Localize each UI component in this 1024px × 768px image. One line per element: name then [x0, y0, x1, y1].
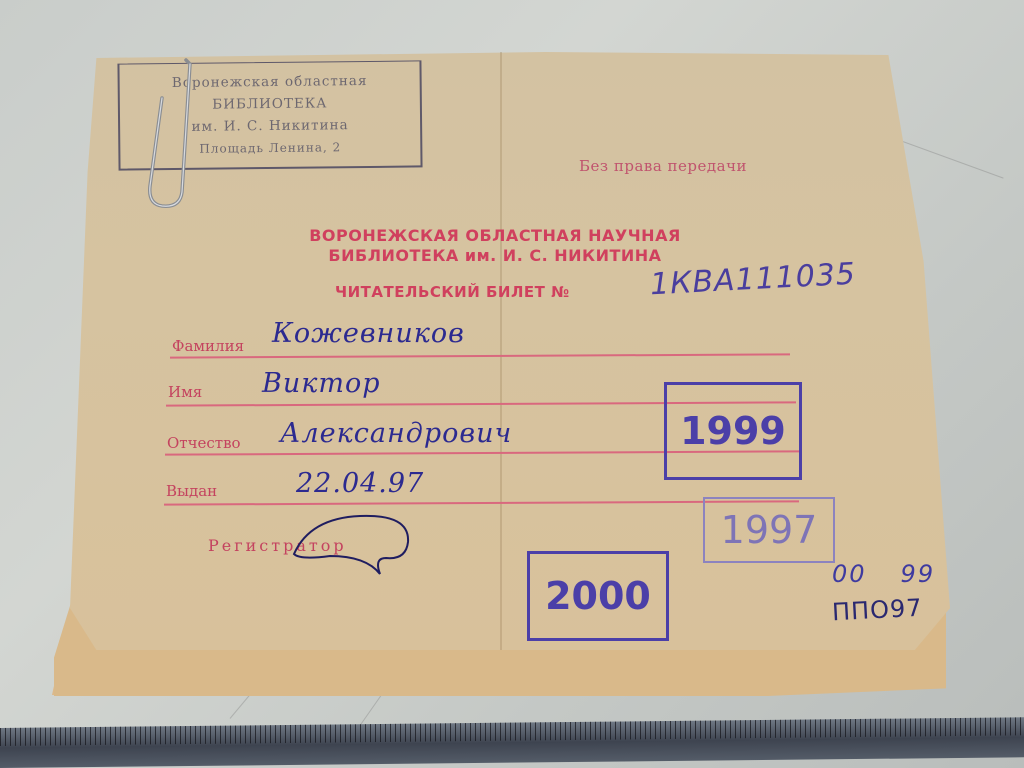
marble-vein [900, 140, 1004, 179]
metal-ruler [0, 717, 1024, 768]
patronymic-value: Александрович [280, 418, 512, 449]
issued-label: Выдан [166, 482, 217, 500]
no-transfer-notice: Без права передачи [579, 157, 747, 175]
year-note: 99 [901, 560, 936, 588]
fold-crease [500, 52, 502, 650]
year-stamp-1997: 1997 [703, 497, 835, 563]
year-notes: 0099 [832, 560, 969, 588]
paperclip-icon [140, 58, 196, 208]
patronymic-label: Отчество [167, 434, 241, 452]
issued-value: 22.04.97 [296, 468, 424, 499]
library-title-line2: БИБЛИОТЕКА им. И. С. НИКИТИНА [255, 246, 735, 266]
name-label: Имя [168, 383, 202, 401]
year-stamp-1999: 1999 [664, 382, 802, 480]
library-title-line1: ВОРОНЕЖСКАЯ ОБЛАСТНАЯ НАУЧНАЯ [255, 226, 735, 246]
library-title: ВОРОНЕЖСКАЯ ОБЛАСТНАЯ НАУЧНАЯ БИБЛИОТЕКА… [255, 226, 735, 266]
handwritten-code: ППО97 [831, 594, 923, 627]
registrar-signature [290, 512, 420, 582]
surname-value: Кожевников [272, 318, 465, 349]
year-note: 00 [832, 560, 867, 588]
name-value: Виктор [262, 368, 381, 399]
surname-label: Фамилия [172, 337, 244, 355]
year-stamp-2000: 2000 [527, 551, 669, 641]
ticket-label: ЧИТАТЕЛЬСКИЙ БИЛЕТ № [335, 283, 570, 301]
ruler-ticks [0, 717, 1024, 746]
